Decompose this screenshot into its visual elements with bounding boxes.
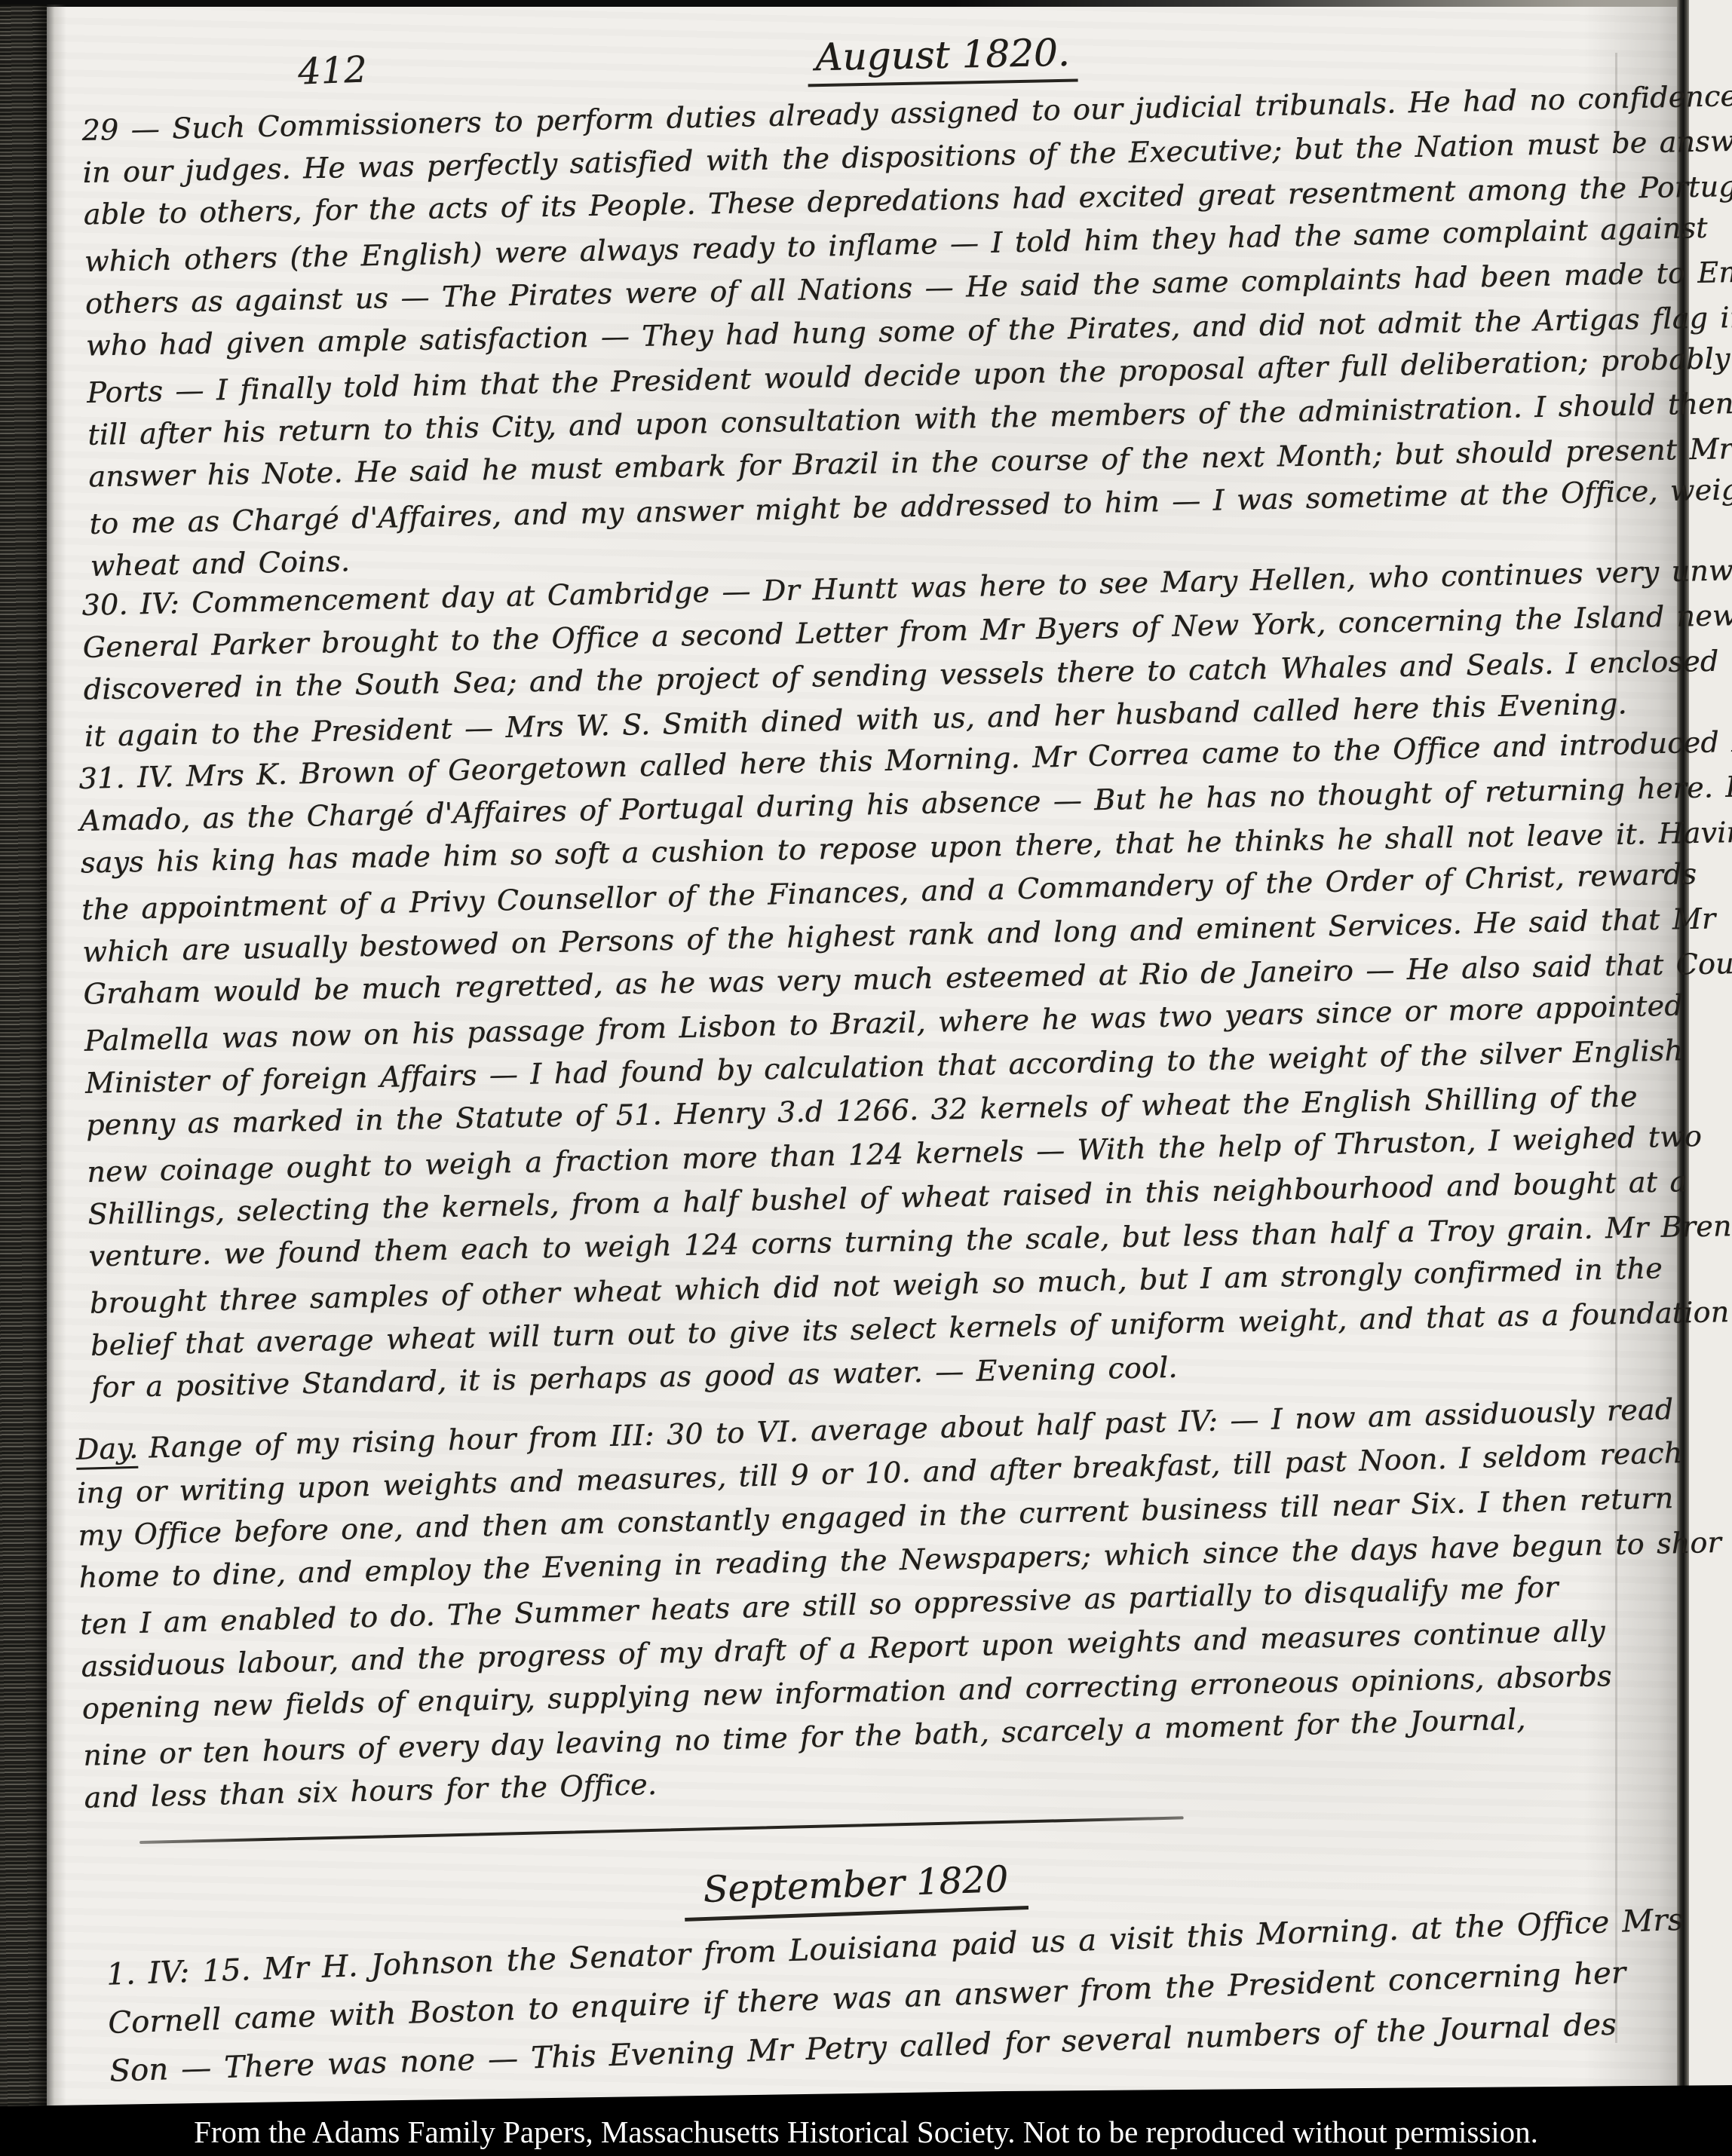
scan-edge-top (0, 0, 1732, 7)
book-binding (0, 5, 47, 2115)
day-summary-label: Day. (75, 1432, 139, 1470)
page-edge-shadow (47, 5, 66, 2108)
diary-entry-august-29: 29 — Such Commissioners to perform dutie… (81, 73, 1732, 588)
scanned-diary-page: Atafoifuh2cegaHh3t 412 August 1820. 29 —… (0, 0, 1732, 2156)
day-summary-lines: ing or writing upon weights and measures… (76, 1432, 1727, 1820)
diary-entry-august-31: 31. IV. Mrs K. Brown of Georgetown calle… (78, 721, 1732, 1411)
page-number: 412 (297, 48, 368, 93)
month-header-august-text: August 1820. (808, 31, 1078, 87)
diary-month-summary: Day.Range of my rising hour from III: 30… (75, 1388, 1727, 1820)
month-header-august: August 1820. (780, 30, 1105, 87)
archive-caption-text: From the Adams Family Papers, Massachuse… (194, 2114, 1538, 2156)
